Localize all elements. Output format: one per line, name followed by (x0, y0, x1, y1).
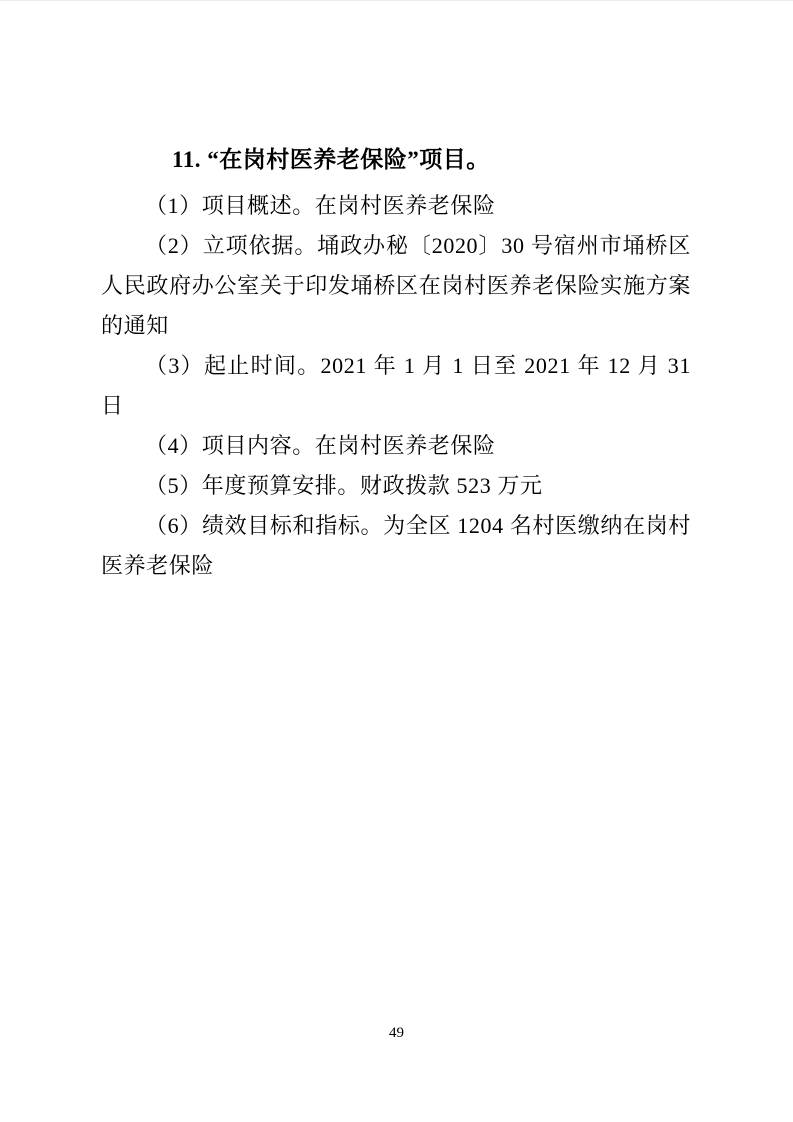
paragraph-project-basis: （2）立项依据。埇政办秘〔2020〕30 号宿州市埇桥区人民政府办公室关于印发埇… (101, 226, 691, 346)
page-number: 49 (0, 1023, 793, 1043)
paragraph-project-overview: （1）项目概述。在岗村医养老保险 (101, 186, 691, 226)
paragraph-annual-budget: （5）年度预算安排。财政拨款 523 万元 (101, 466, 691, 506)
section-heading: 11. “在岗村医养老保险”项目。 (101, 140, 691, 180)
document-body: 11. “在岗村医养老保险”项目。 （1）项目概述。在岗村医养老保险 （2）立项… (101, 140, 691, 586)
paragraph-performance-targets: （6）绩效目标和指标。为全区 1204 名村医缴纳在岗村医养老保险 (101, 506, 691, 586)
paragraph-project-content: （4）项目内容。在岗村医养老保险 (101, 426, 691, 466)
document-page: 11. “在岗村医养老保险”项目。 （1）项目概述。在岗村医养老保险 （2）立项… (0, 0, 793, 1122)
paragraph-project-dates: （3）起止时间。2021 年 1 月 1 日至 2021 年 12 月 31 日 (101, 346, 691, 426)
